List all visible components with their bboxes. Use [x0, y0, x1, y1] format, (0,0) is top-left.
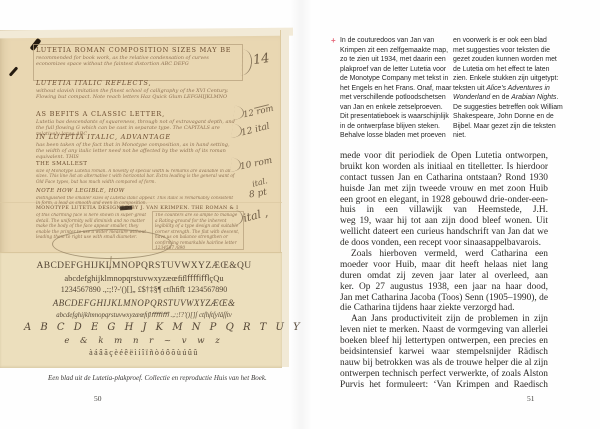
margin-note-size-14: 14	[252, 51, 270, 68]
book-spread: LUTETIA ROMAN COMPOSITION SIZES MAY BE r…	[0, 0, 600, 429]
alphabet-row-accents: àáâãçèéêëìíîïñòóôõùúûû	[24, 348, 264, 357]
note-line: met suggesties voor teksten die	[453, 46, 557, 56]
note-marker-icon: +	[331, 36, 336, 45]
body-line: Aan Jans productiviteit zijn de probleme…	[340, 314, 548, 325]
body-line: een groot en elegant, in 1928 gebouwd dr…	[340, 195, 548, 206]
alphabet-row-lowercase: abcdefghijklmnopqrstuvwxyzæœﬁﬂﬀﬃﬄçQu	[24, 273, 264, 284]
note-line: Dit presentatieboek is waarschijnlijk	[340, 112, 450, 122]
note-line: van Jan en enkele zetselproeven.	[340, 103, 450, 113]
body-line: bruikt kon worden als initiaal en titell…	[340, 162, 548, 173]
photo-caption: Een blad uit de Lutetia-plakproef. Colle…	[48, 374, 283, 382]
body-line: weg 19, waar hij tot aan zijn dood bleef…	[340, 216, 548, 227]
pencil-oval-annotation	[52, 229, 172, 259]
note-line: niet.	[453, 131, 557, 141]
body-line: Jan met Catharina Jacoba (Toos) Senn (19…	[340, 293, 548, 304]
body-line: duren omdat zij zeven jaar later al over…	[340, 271, 548, 282]
note-line: teksten uit Alice's Adventures in	[453, 84, 557, 94]
lutetia-proof-photo: LUTETIA ROMAN COMPOSITION SIZES MAY BE r…	[0, 30, 289, 367]
note-line: De suggesties betreffen ook William	[453, 103, 557, 113]
note-line: plakproef van de letter Lutetia voor	[340, 65, 450, 75]
body-line: Purvis het formuleert: ‘Van Krimpen and …	[340, 380, 548, 391]
body-line: beidsintensief karwei waar stempelsnijde…	[340, 347, 548, 358]
proof-block-6: NOTE HOW LEGIBLE, HOW distinguished the …	[36, 188, 238, 207]
margin-note-ital-comma: ital ,	[242, 206, 269, 225]
note-line: Shakespeare, John Donne en de	[453, 112, 557, 122]
body-line: huisde Jan met zijn tweede vrouw en met …	[340, 184, 548, 195]
margin-note-12-ital: 12 ital	[240, 122, 271, 139]
note-line: Bijbel. Maar gezet zijn die teksten	[453, 122, 557, 132]
note-column-1: In de couturedoos van Jan vanKrimpen zit…	[340, 36, 450, 141]
alphabet-row-caps: ABCDEFGHIJKLMNOPQRSTUVWXYZÆŒ&QU	[24, 261, 264, 271]
body-line: wellicht dateert een curieus handschrift…	[340, 227, 548, 238]
note-line: de Monotype Company met tekst in	[340, 74, 450, 84]
body-line: nauw bij betrokken was als de trouwe hel…	[340, 358, 548, 369]
folio-left: 50	[94, 394, 102, 403]
note-line: met verschillende potloodschetsen	[340, 93, 450, 103]
body-line: boeken bleef hij lettertypen ontwerpen, …	[340, 336, 548, 347]
proof-body: has been taken of the fact that in Monot…	[36, 142, 238, 161]
proof-heading: LUTETIA ROMAN COMPOSITION SIZES MAY BE	[36, 47, 238, 55]
note-line: gezet zouden kunnen worden met	[453, 55, 557, 65]
gutter-shadow	[290, 0, 312, 429]
proof-block-4: IN LUTETIA ITALIC, ADVANTAGE has been ta…	[36, 134, 238, 160]
note-column-2: en voorwerk is er ook een bladmet sugges…	[453, 36, 557, 141]
ink-strike	[120, 206, 132, 211]
body-line: die Catharina tijdens haar ziekte verzor…	[340, 303, 548, 314]
proof-heading: LUTETIA ITALIC REFLECTS,	[36, 80, 238, 88]
note-line: Wonderland en de Arabian Nights.	[453, 93, 557, 103]
body-line: moeder voor Huib, maar dit heeft helaas …	[340, 260, 548, 271]
body-line: huis in een villawijk van Heemstede, J.H…	[340, 205, 548, 216]
alphabet-row-figures: 1234567890 .,:;!?-'()[]„ £$†‡§¶ ctſhﬁﬅ 1…	[24, 285, 264, 294]
body-line: mede voor dit periodiek de Open Lutetia …	[340, 151, 548, 162]
note-line: zien. Enkele stukken zijn uitgetypt:	[453, 74, 557, 84]
body-line: ker. Op 27 augustus 1938, een jaar na ha…	[340, 282, 548, 293]
proof-heading: NOTE HOW LEGIBLE, HOW	[36, 188, 238, 196]
proof-block-2: LUTETIA ITALIC REFLECTS, without slavish…	[36, 80, 238, 100]
note-line: Behalve losse bladen met proeven	[340, 131, 450, 141]
proof-heading: THE SMALLEST	[36, 161, 238, 169]
margin-note-10-rom: 10 rom	[239, 156, 273, 173]
proof-body: recommended for book work, as the relati…	[36, 55, 238, 68]
proof-body: without slavish imitation the finest sch…	[36, 88, 238, 101]
note-line: in de ontwerpfase blijven steken.	[340, 122, 450, 132]
body-line: ontwerpen technisch perfect verwerkte, o…	[340, 369, 548, 380]
note-line: zo te zien uit 1934, met daarin een	[340, 55, 450, 65]
proof-heading: AS BEFITS A CLASSIC LETTER,	[36, 111, 238, 119]
proof-block-5: THE SMALLEST size of Monotype Lutetia ro…	[36, 161, 238, 185]
note-line: Krimpen zit een zelfgemaakte map,	[340, 46, 450, 56]
paper-top-edge	[0, 28, 293, 39]
body-line: contact tussen Jan en Catharina ontstaan…	[340, 173, 548, 184]
body-line: de doos vonden, een recept voor sinaasap…	[340, 238, 548, 249]
body-text: mede voor dit periodiek de Open Lutetia …	[340, 151, 548, 391]
proof-block-1: LUTETIA ROMAN COMPOSITION SIZES MAY BE r…	[36, 47, 238, 67]
alphabet-row-swash-caps: A B C D E G H J K M N P Q R T U Y	[24, 322, 264, 333]
note-line: In de couturedoos van Jan van	[340, 36, 450, 46]
note-line: de Lutetia om het effect te laten	[453, 65, 557, 75]
margin-note-8pt: 8 pt	[248, 188, 267, 201]
alphabet-row-italic-caps: ABCDEFGHIJKLMNOPQRSTUVWXYZÆŒ&	[24, 298, 264, 308]
proof-body: size of Monotype Lutetia roman. A novelt…	[36, 169, 238, 186]
alphabet-row-swash-lowercase: e & k m n r ~ v w z	[24, 336, 264, 346]
note-line: en voorwerk is er ook een blad	[453, 36, 557, 46]
note-line: het Engels en het Frans. Onaf, maar	[340, 84, 450, 94]
proof-heading: IN LUTETIA ITALIC, ADVANTAGE	[36, 134, 238, 142]
ink-smudge	[9, 66, 19, 76]
folio-right: 51	[527, 394, 535, 403]
body-line: Zoals hierboven vermeld, werd Catharina …	[340, 249, 548, 260]
body-line: leven niet te merken. Naast de vormgevin…	[340, 325, 548, 336]
alphabet-row-italic-lowercase: abcdefghijklmnopqrstuvwxyzæœﬁﬂﬀﬃﬄ .,:;!?…	[24, 311, 264, 319]
